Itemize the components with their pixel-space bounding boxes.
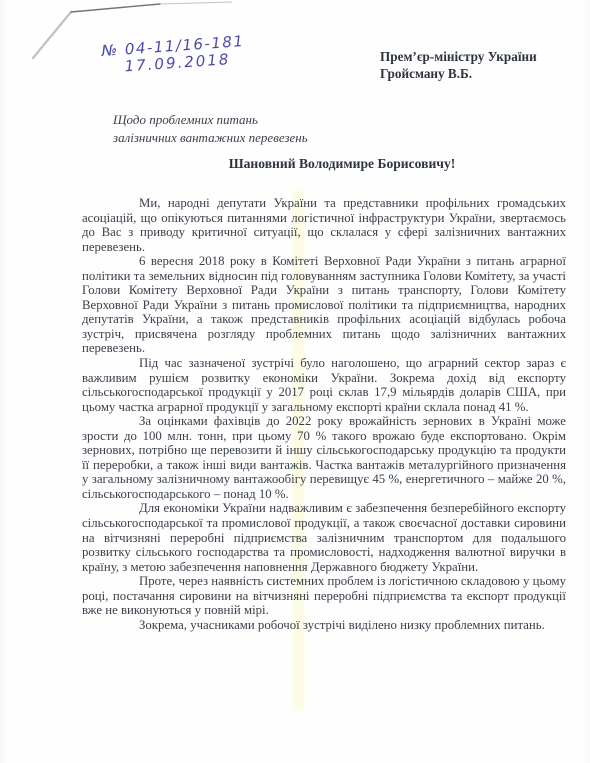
recipient-name: Гройсману В.Б. — [380, 66, 537, 83]
paragraph: За оцінками фахівців до 2022 року врожай… — [82, 414, 566, 501]
subject-block: Щодо проблемних питань залізничних ванта… — [113, 111, 308, 147]
salutation: Шановний Володимире Борисовичу! — [100, 156, 584, 172]
paragraph: Під час зазначеної зустрічі було наголош… — [82, 356, 566, 414]
paragraph: 6 вересня 2018 року в Комітеті Верховної… — [82, 254, 566, 356]
paragraph: Зокрема, учасниками робочої зустрічі вид… — [82, 618, 566, 633]
scanned-letter-page: № 04-11/16-181 17.09.2018 Прем’єр-мініст… — [0, 0, 590, 763]
subject-line-2: залізничних вантажних перевезень — [113, 129, 308, 147]
subject-line-1: Щодо проблемних питань — [113, 111, 308, 129]
handwritten-registration-stamp: № 04-11/16-181 17.09.2018 — [101, 33, 246, 77]
paragraph: Проте, через наявність системних проблем… — [82, 574, 566, 618]
paragraph: Ми, народні депутати України та представ… — [82, 196, 566, 254]
recipient-title: Прем’єр-міністру України — [380, 49, 537, 66]
paragraph: Для економіки України надважливим є забе… — [82, 501, 566, 574]
letter-body: Ми, народні депутати України та представ… — [82, 196, 566, 632]
recipient-block: Прем’єр-міністру України Гройсману В.Б. — [380, 49, 537, 82]
